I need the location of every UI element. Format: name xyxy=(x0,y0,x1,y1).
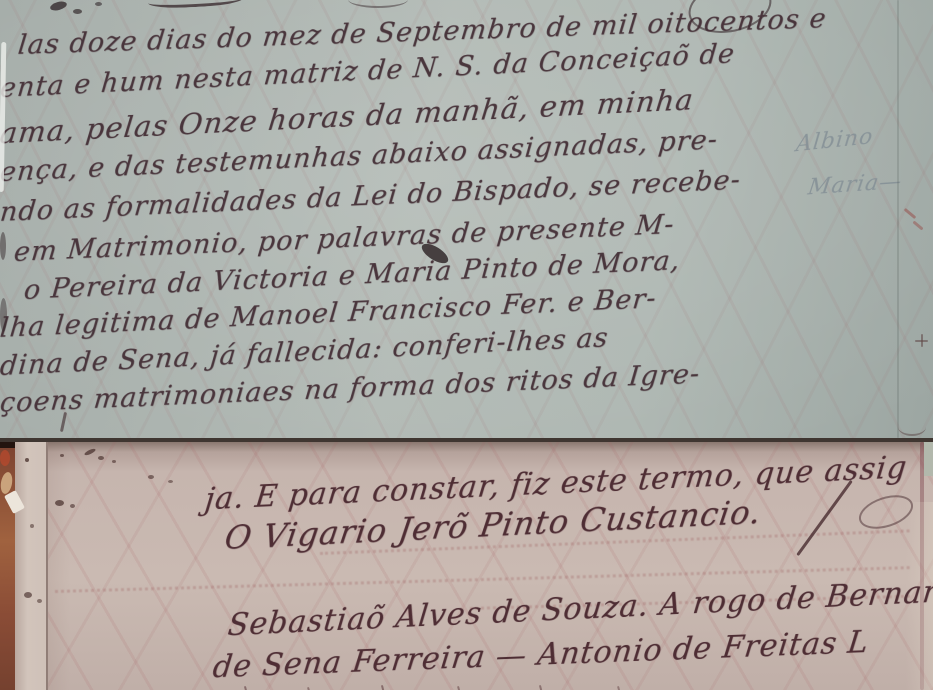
fold-line xyxy=(897,0,899,438)
margin-note-maria: Maria— xyxy=(806,169,904,201)
red-mark xyxy=(904,208,917,219)
paper-fold-strip xyxy=(15,442,48,690)
ink-speck xyxy=(148,475,154,479)
corner-curve-mark xyxy=(898,418,926,436)
ink-speck xyxy=(24,592,32,598)
ink-speck xyxy=(25,458,29,462)
plus-mark xyxy=(921,334,923,347)
bottom-page: ja. E para constar, fiz este termo, que … xyxy=(0,438,933,690)
ink-speck xyxy=(49,0,67,12)
ink-speck xyxy=(60,454,64,457)
header-flourish-curve xyxy=(348,0,408,8)
top-page: las doze dias do mez de Septembro de mil… xyxy=(0,0,933,438)
clipped-line-stroke xyxy=(381,685,385,690)
clipped-line-stroke xyxy=(539,685,543,690)
ink-speck xyxy=(70,504,75,508)
clipped-line-stroke xyxy=(617,686,621,690)
clipped-line-stroke xyxy=(244,686,248,690)
margin-note-albino: Albino xyxy=(795,124,875,158)
signature-paraph-stroke xyxy=(796,480,853,556)
ink-speck xyxy=(95,2,102,6)
ink-speck xyxy=(112,460,116,463)
ink-speck xyxy=(73,9,82,14)
red-mark xyxy=(912,220,923,230)
ink-speck xyxy=(98,456,104,460)
clipped-line-stroke xyxy=(457,686,461,690)
background-corner xyxy=(924,442,933,476)
ink-speck xyxy=(168,480,173,483)
ink-speck xyxy=(84,448,97,457)
manuscript-photo: las doze dias do mez de Septembro de mil… xyxy=(0,0,933,690)
ink-speck xyxy=(55,500,64,506)
ink-speck xyxy=(37,599,42,603)
red-wax-spot xyxy=(0,450,10,466)
header-flourish-squiggle xyxy=(148,0,244,9)
ink-speck xyxy=(30,524,34,528)
edge-smudge xyxy=(0,298,7,332)
edge-smudge xyxy=(0,232,6,260)
